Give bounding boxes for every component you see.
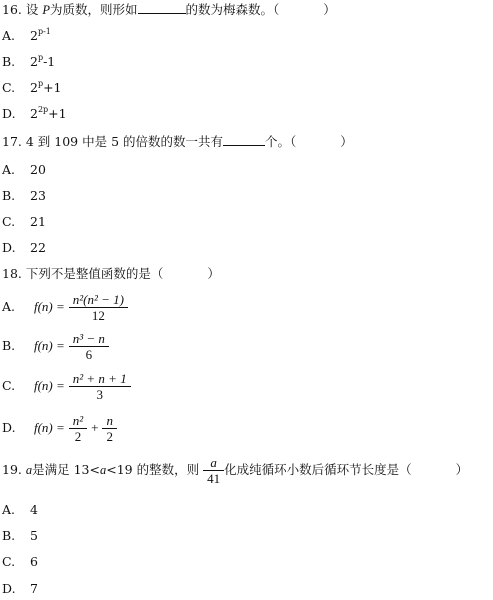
- option-label: A.: [2, 502, 30, 518]
- question-17: 17. 4 到 109 中是 5 的倍数的数一共有个。（）: [2, 133, 353, 150]
- fraction: n 2: [104, 413, 115, 444]
- question-number: 16.: [2, 2, 22, 17]
- fraction: a 41: [205, 455, 222, 486]
- question-text: 化成纯循环小数后循环节长度是（: [224, 462, 412, 477]
- numerator: n²(n² − 1): [71, 292, 126, 307]
- option-label: C.: [2, 214, 30, 230]
- option-value: 23: [30, 188, 46, 203]
- close-paren: ）: [323, 2, 336, 17]
- question-text: 个。（: [265, 134, 296, 149]
- option-16d: D.22p+1: [2, 106, 67, 122]
- option-value: 21: [30, 214, 46, 229]
- question-text: 是满足 13<: [32, 462, 100, 477]
- option-16c: C.2p+1: [2, 80, 62, 96]
- option-label: B.: [2, 528, 30, 544]
- option-19d: D.7: [2, 581, 38, 597]
- numerator: n: [104, 413, 115, 428]
- option-exponent: 2p: [38, 105, 48, 114]
- numerator: n²: [71, 413, 85, 428]
- fraction: n² 2: [71, 413, 85, 444]
- numerator: n³ − n: [71, 331, 107, 346]
- question-18: 18. 下列不是整值函数的是（）: [2, 266, 220, 282]
- question-number: 18.: [2, 266, 22, 281]
- option-value: 5: [30, 528, 38, 543]
- option-19c: C.6: [2, 554, 38, 570]
- option-19b: B.5: [2, 528, 38, 544]
- option-18c: C. f(n) = n² + n + 1 3: [2, 371, 131, 402]
- option-label: B.: [2, 338, 30, 354]
- question-text: 的数为梅森数。（: [186, 2, 280, 17]
- fraction: n² + n + 1 3: [71, 371, 129, 402]
- question-text: 为质数，则形如: [50, 2, 138, 17]
- numerator: n² + n + 1: [71, 371, 129, 386]
- close-paren: ）: [340, 134, 353, 149]
- denominator: 6: [69, 346, 109, 362]
- option-label: D.: [2, 106, 30, 122]
- variable-p: P: [42, 3, 50, 17]
- option-17c: C.21: [2, 214, 46, 230]
- function-lhs: f(n) =: [34, 378, 65, 393]
- question-number: 17.: [2, 134, 22, 149]
- option-base: 2: [30, 28, 38, 43]
- answer-blank: [138, 1, 186, 14]
- denominator: 41: [203, 470, 224, 486]
- option-base: 2: [30, 80, 38, 95]
- fraction: n²(n² − 1) 12: [71, 292, 126, 323]
- option-19a: A.4: [2, 502, 38, 518]
- option-label: B.: [2, 188, 30, 204]
- denominator: 12: [69, 307, 128, 323]
- close-paren: ）: [456, 462, 469, 477]
- option-17d: D.22: [2, 240, 46, 256]
- function-lhs: f(n) =: [34, 420, 65, 435]
- answer-blank: [223, 133, 265, 146]
- option-label: A.: [2, 28, 30, 44]
- option-17a: A.20: [2, 162, 46, 178]
- option-tail: +1: [48, 106, 66, 121]
- option-18b: B. f(n) = n³ − n 6: [2, 331, 109, 362]
- option-label: D.: [2, 240, 30, 256]
- option-value: 6: [30, 554, 38, 569]
- fraction: n³ − n 6: [71, 331, 107, 362]
- option-18d: D. f(n) = n² 2 + n 2: [2, 413, 117, 444]
- function-lhs: f(n) =: [34, 299, 65, 314]
- close-paren: ）: [207, 266, 220, 281]
- option-tail: -1: [43, 54, 55, 69]
- option-label: B.: [2, 54, 30, 70]
- option-tail: +1: [43, 80, 61, 95]
- option-16a: A.2p-1: [2, 28, 51, 44]
- denominator: 2: [69, 428, 87, 444]
- option-label: C.: [2, 554, 30, 570]
- denominator: 3: [69, 386, 131, 402]
- option-base: 2: [30, 54, 38, 69]
- option-value: 7: [30, 581, 38, 596]
- numerator: a: [208, 455, 219, 470]
- question-number: 19.: [2, 462, 22, 477]
- function-lhs: f(n) =: [34, 338, 65, 353]
- question-text: 4 到 109 中是 5 的倍数的数一共有: [26, 134, 223, 149]
- option-label: C.: [2, 80, 30, 96]
- option-value: 4: [30, 502, 38, 517]
- option-value: 20: [30, 162, 46, 177]
- plus-sign: +: [91, 420, 98, 435]
- option-16b: B.2p-1: [2, 54, 55, 70]
- question-16: 16. 设 P为质数，则形如的数为梅森数。（）: [2, 1, 336, 18]
- option-label: D.: [2, 420, 30, 436]
- option-label: D.: [2, 581, 30, 597]
- option-base: 2: [30, 106, 38, 121]
- option-exponent: p-1: [38, 27, 51, 36]
- denominator: 2: [102, 428, 117, 444]
- option-label: C.: [2, 378, 30, 394]
- option-17b: B.23: [2, 188, 46, 204]
- option-value: 22: [30, 240, 46, 255]
- question-text: <19 的整数，则: [106, 462, 199, 477]
- option-18a: A. f(n) = n²(n² − 1) 12: [2, 292, 128, 323]
- question-19: 19. a是满足 13<a<19 的整数，则 a 41 化成纯循环小数后循环节长…: [2, 455, 468, 486]
- question-text: 设: [26, 2, 39, 17]
- option-label: A.: [2, 299, 30, 315]
- option-label: A.: [2, 162, 30, 178]
- question-text: 下列不是整值函数的是（: [26, 266, 164, 281]
